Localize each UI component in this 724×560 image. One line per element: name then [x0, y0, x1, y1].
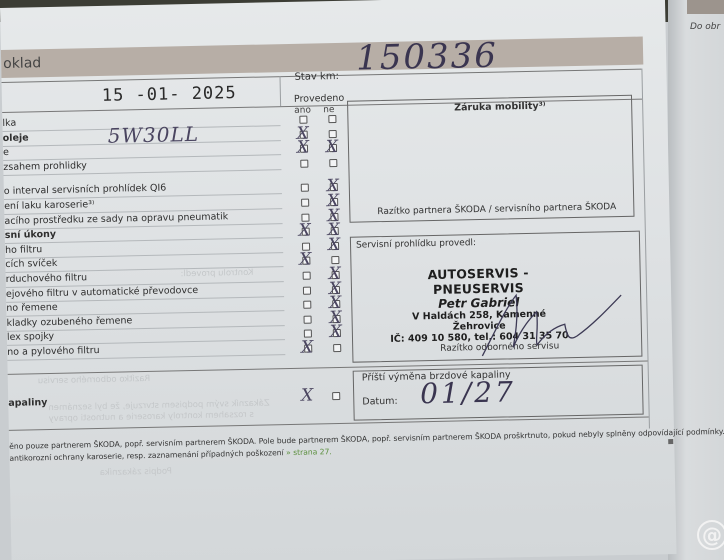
right-page-header-bar	[687, 0, 724, 14]
service-record-page: oklad 15 -01- 2025 Stav km: 150336 Prove…	[0, 0, 677, 560]
right-page-text: Do obr	[690, 22, 720, 32]
end-mark-icon	[668, 439, 673, 444]
cross-mark-icon: X	[294, 139, 312, 157]
checklist-row-label: oleje	[3, 132, 29, 144]
checklist-row-label: ho filtru	[5, 244, 42, 256]
checklist-row-label: sní úkony	[5, 229, 57, 241]
checklist-row-label: kladky ozubeného řemene	[6, 315, 132, 329]
footnote-2-text: antikorozní ochrany karoserie, resp. zaz…	[9, 448, 286, 463]
checkbox-ne[interactable]	[328, 115, 336, 123]
checkbox-ano[interactable]	[301, 184, 309, 192]
right-page	[668, 0, 724, 560]
signature	[476, 285, 627, 358]
date-stamp: 15 -01- 2025	[102, 83, 237, 106]
brake-row-label: apaliny	[8, 397, 47, 409]
page-reference-link[interactable]: » strana 27.	[286, 447, 332, 457]
checkbox-ne[interactable]	[329, 159, 337, 167]
checkbox-ano[interactable]	[299, 116, 307, 124]
col-no: ne	[323, 105, 334, 115]
checkbox-ano[interactable]	[300, 159, 308, 167]
cross-mark-icon: X	[296, 251, 314, 269]
checklist-row-label: no řemene	[6, 302, 58, 314]
checkbox-ano[interactable]	[303, 301, 311, 309]
checklist-row-label: lka	[2, 118, 16, 129]
brake-yes-cross-icon: X	[298, 386, 316, 404]
cross-mark-icon: X	[323, 138, 341, 156]
bleedthrough-text: Razítko odborného servisu	[38, 374, 151, 386]
brake-date-label: Datum:	[362, 396, 398, 408]
checklist-row-label: no a pylového filtru	[7, 345, 100, 358]
checkbox-ne[interactable]	[333, 344, 341, 352]
brake-date-value: 01/27	[420, 375, 516, 410]
checklist-row-label: lex spojky	[7, 331, 54, 343]
brake-no-checkbox[interactable]	[332, 392, 340, 400]
cross-mark-icon: X	[298, 338, 316, 356]
bleedthrough-text: Podpis zákazníka	[100, 467, 172, 479]
footnote-1: ěno pouze partnerem ŠKODA, popř. servisn…	[9, 427, 724, 451]
checklist-row-label: cích svíček	[5, 258, 57, 270]
performed-header: Provedeno	[294, 93, 344, 105]
cross-mark-icon: X	[327, 323, 345, 341]
watermark-at-icon: @	[697, 520, 724, 550]
checkbox-ano[interactable]	[304, 315, 312, 323]
checklist-row-label: ení laku karoserie³⁾	[4, 199, 94, 212]
checklist-row-label: zsahem prohlidky	[3, 160, 87, 173]
mileage-label: Stav km:	[294, 71, 339, 83]
checklist-row-label: o interval servisních prohlídek QI6	[4, 183, 167, 197]
cross-mark-icon: X	[325, 236, 343, 254]
checklist-row-label: e	[3, 147, 9, 158]
bleedthrough-text: Kontrolu provedl:	[181, 268, 254, 280]
mileage-value: 150336	[356, 36, 499, 79]
divider	[279, 76, 281, 106]
oil-spec-handwritten: 5W30LL	[107, 122, 199, 148]
checklist-row-label: rduchového filtru	[6, 272, 88, 285]
checkbox-ano[interactable]	[303, 286, 311, 294]
checkbox-ano[interactable]	[301, 199, 309, 207]
col-yes: ano	[294, 106, 311, 116]
checkbox-ano[interactable]	[303, 272, 311, 280]
mobility-title: Záruka mobility³⁾	[454, 101, 546, 114]
cross-mark-icon: X	[296, 222, 314, 240]
